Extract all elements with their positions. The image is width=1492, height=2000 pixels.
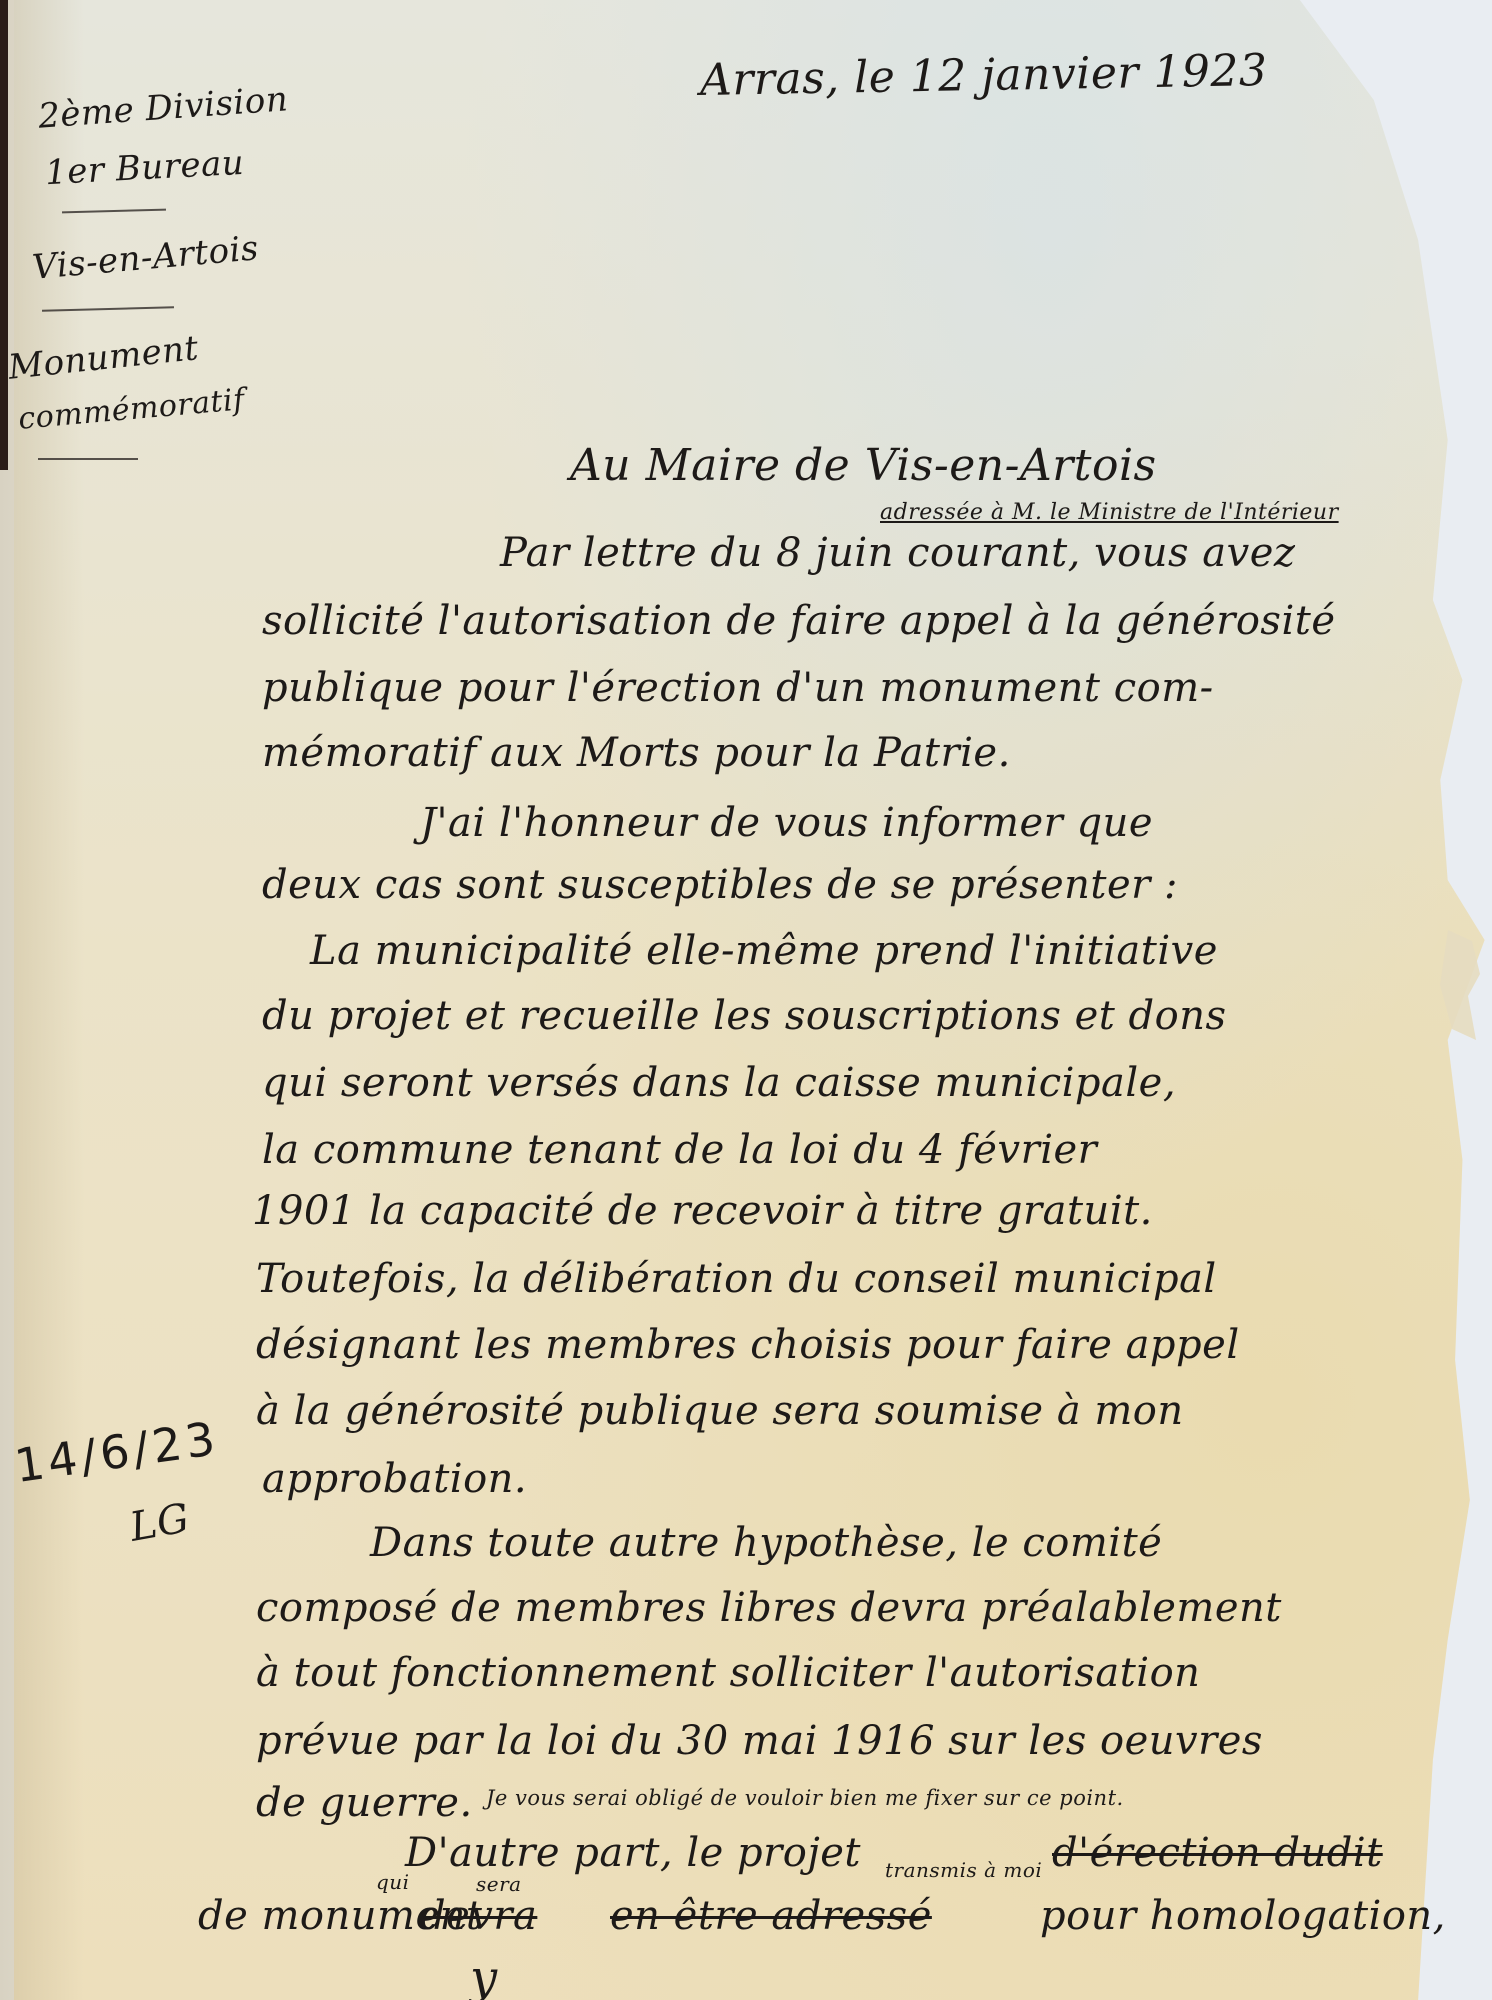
- body-line: à tout fonctionnement solliciter l'autor…: [256, 1650, 1200, 1696]
- body-line-autre-part: D'autre part, le projet: [405, 1830, 861, 1876]
- body-line: J'ai l'honneur de vous informer que: [420, 800, 1153, 846]
- body-line: 1901 la capacité de recevoir à titre gra…: [252, 1188, 1153, 1234]
- body-line: Dans toute autre hypothèse, le comité: [370, 1520, 1162, 1566]
- bottom-mark: y: [470, 1950, 498, 2000]
- body-line: La municipalité elle-même prend l'initia…: [310, 928, 1218, 974]
- body-line: à la générosité publique sera soumise à …: [256, 1388, 1184, 1434]
- interlinear-transmis: transmis à moi: [885, 1858, 1042, 1882]
- body-line: de guerre.: [256, 1780, 473, 1826]
- body-line: deux cas sont susceptibles de se présent…: [262, 862, 1178, 908]
- binding-edge: [0, 0, 8, 470]
- body-line: Par lettre du 8 juin courant, vous avez: [500, 530, 1295, 576]
- margin-divider: [38, 458, 138, 460]
- body-line: composé de membres libres devra préalabl…: [256, 1585, 1282, 1631]
- interlinear-addition-minister: adressée à M. le Ministre de l'Intérieur: [880, 500, 1339, 525]
- body-line: la commune tenant de la loi du 4 février: [262, 1127, 1097, 1173]
- addressee: Au Maire de Vis-en-Artois: [570, 440, 1157, 491]
- interlinear-qui: qui: [376, 1870, 410, 1894]
- body-line-homologation: pour homologation,: [1040, 1893, 1446, 1939]
- body-line: désignant les membres choisis pour faire…: [256, 1322, 1240, 1368]
- body-line: prévue par la loi du 30 mai 1916 sur les…: [256, 1718, 1263, 1764]
- body-line: approbation.: [262, 1456, 527, 1502]
- struck-text: en être adressé: [610, 1893, 932, 1939]
- body-line: publique pour l'érection d'un monument c…: [262, 665, 1214, 711]
- body-line: du projet et recueille les souscriptions…: [262, 993, 1227, 1039]
- body-line: qui seront versés dans la caisse municip…: [262, 1060, 1176, 1106]
- struck-text: d'érection dudit: [1052, 1830, 1383, 1876]
- place-date: Arras, le 12 janvier 1923: [700, 45, 1268, 106]
- body-line: Toutefois, la délibération du conseil mu…: [256, 1256, 1217, 1302]
- body-line: mémoratif aux Morts pour la Patrie.: [262, 730, 1011, 776]
- interlinear-addition-obligation: Je vous serai obligé de vouloir bien me …: [486, 1786, 1124, 1810]
- struck-devra: devra: [420, 1893, 537, 1939]
- body-line: sollicité l'autorisation de faire appel …: [262, 598, 1336, 644]
